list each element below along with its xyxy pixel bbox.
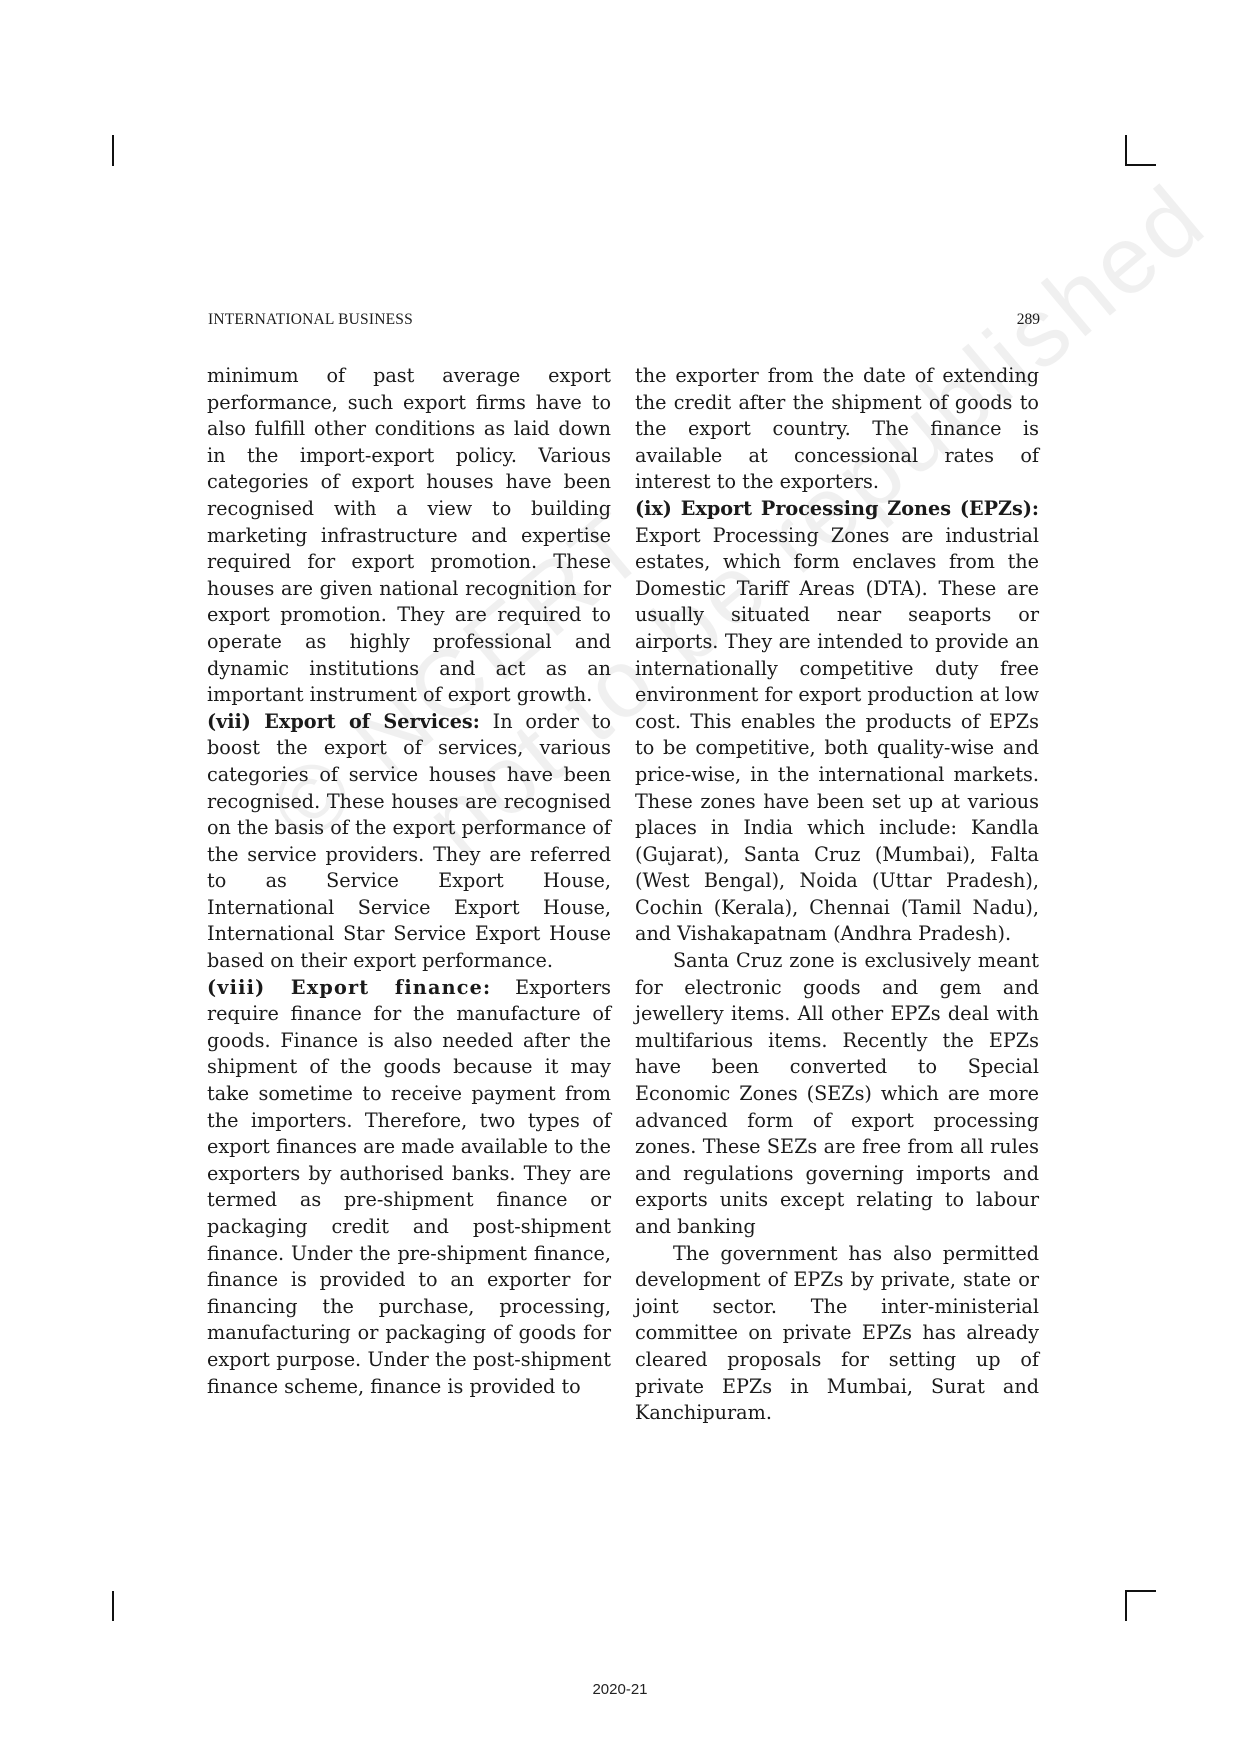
crop-mark-top-right-vertical bbox=[1125, 135, 1127, 166]
crop-mark-bottom-right-vertical bbox=[1125, 1590, 1127, 1621]
paragraph-body: Export Processing Zones are industrial e… bbox=[635, 524, 1039, 946]
paragraph-body: Exporters require finance for the manufa… bbox=[207, 976, 611, 1398]
paragraph-export-finance: (viii) Export finance: Exporters require… bbox=[207, 975, 611, 1401]
running-head: INTERNATIONAL BUSINESS 289 bbox=[208, 311, 1040, 335]
page-number: 289 bbox=[1017, 311, 1040, 329]
crop-mark-top-right-horizontal bbox=[1125, 164, 1156, 166]
paragraph-santa-cruz: Santa Cruz zone is exclusively meant for… bbox=[635, 948, 1039, 1241]
section-heading-epzs: (ix) Export Processing Zones (EPZs): bbox=[635, 497, 1039, 520]
section-heading-export-of-services: (vii) Export of Services: bbox=[207, 710, 480, 733]
section-heading-export-finance: (viii) Export finance: bbox=[207, 976, 491, 999]
crop-mark-bottom-left bbox=[112, 1591, 114, 1621]
paragraph-private-epzs: The government has also permitted develo… bbox=[635, 1241, 1039, 1427]
footer-year: 2020-21 bbox=[0, 1681, 1240, 1698]
paragraph-export-finance-cont: the exporter from the date of extending … bbox=[635, 363, 1039, 496]
crop-mark-top-left bbox=[112, 135, 114, 166]
right-column: the exporter from the date of extending … bbox=[635, 363, 1039, 1427]
paragraph-epzs: (ix) Export Processing Zones (EPZs): Exp… bbox=[635, 496, 1039, 948]
left-column: minimum of past average export performan… bbox=[207, 363, 611, 1400]
crop-mark-bottom-right-horizontal bbox=[1125, 1590, 1156, 1592]
paragraph-export-houses-cont: minimum of past average export performan… bbox=[207, 363, 611, 709]
paragraph-body: In order to boost the export of services… bbox=[207, 710, 611, 972]
running-title: INTERNATIONAL BUSINESS bbox=[208, 311, 413, 329]
paragraph-export-of-services: (vii) Export of Services: In order to bo… bbox=[207, 709, 611, 975]
